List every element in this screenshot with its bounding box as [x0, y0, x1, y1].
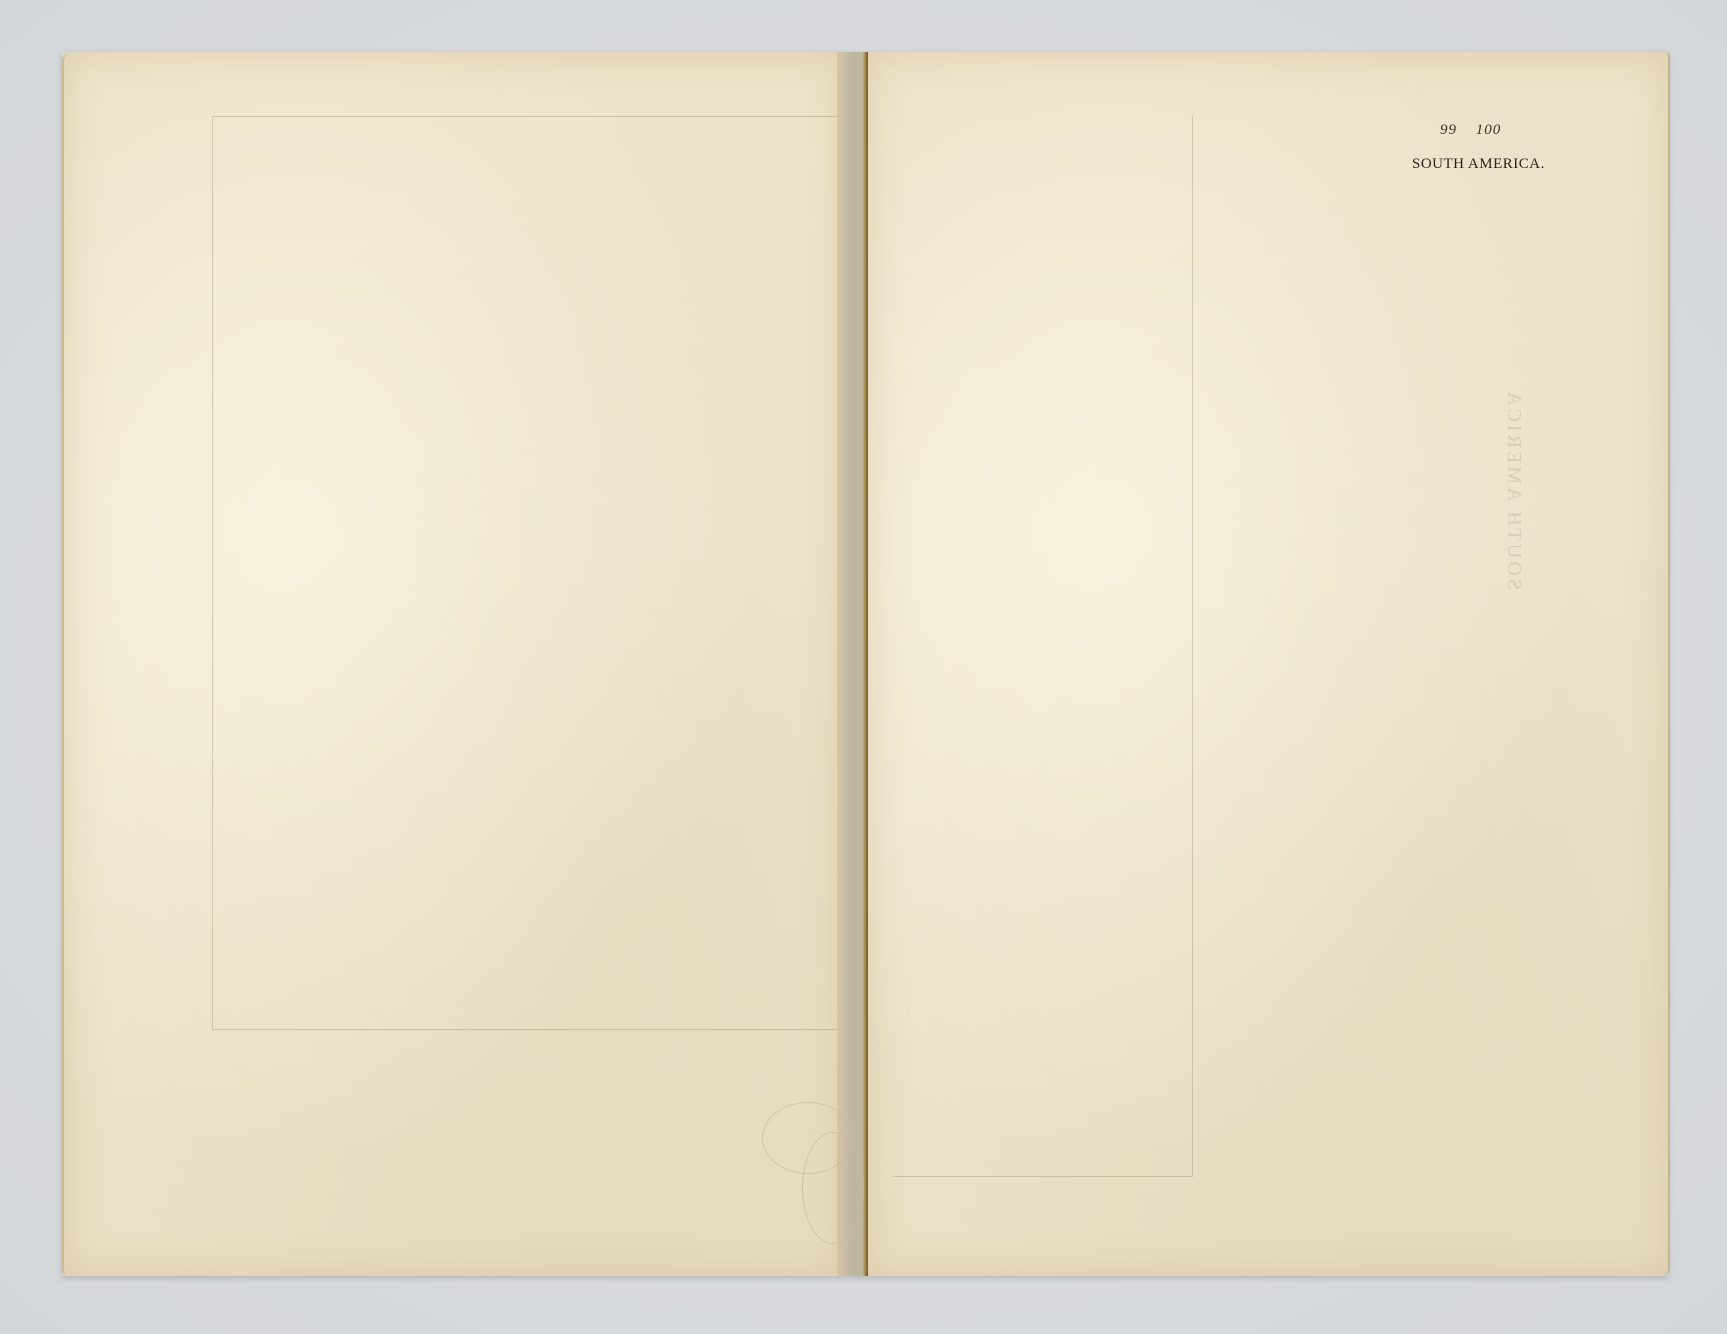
page-numbers: 99 100 — [1440, 122, 1501, 139]
faint-map-border-right — [892, 116, 1193, 1177]
left-leaf — [62, 52, 842, 1276]
right-leaf — [868, 52, 1670, 1276]
atlas-sheet — [62, 52, 1668, 1276]
loose-fibers — [802, 1132, 864, 1244]
center-fold-binding-strip — [837, 52, 871, 1276]
show-through-text: SOUTH AMERICA — [1502, 388, 1525, 590]
faint-map-border-left — [212, 116, 919, 1030]
page-title: SOUTH AMERICA. — [1412, 156, 1545, 173]
